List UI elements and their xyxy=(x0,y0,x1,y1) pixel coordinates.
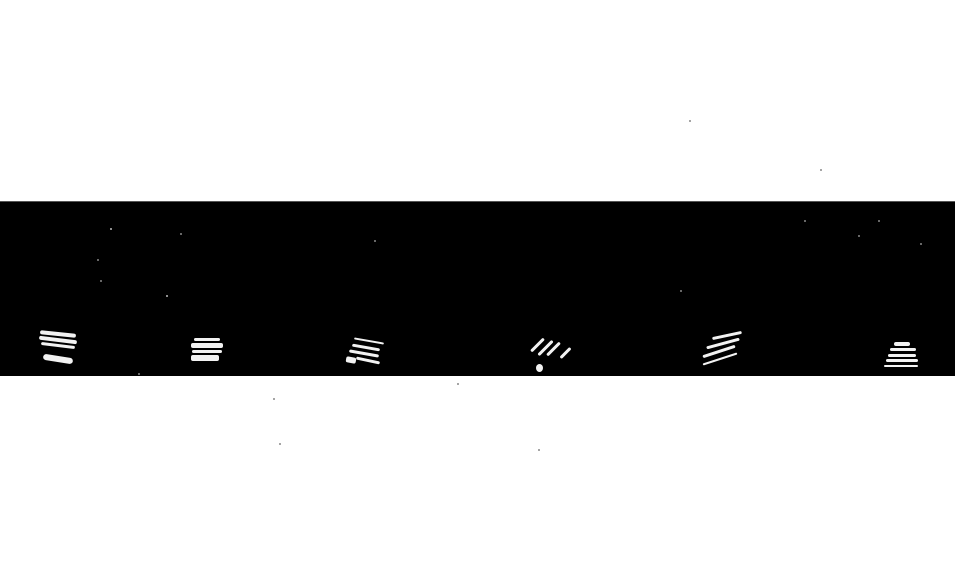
speck xyxy=(279,443,281,445)
black-band xyxy=(0,201,955,376)
speck xyxy=(138,373,140,375)
speck xyxy=(166,295,168,297)
speck xyxy=(457,383,459,385)
speck xyxy=(538,449,540,451)
speck xyxy=(680,290,682,292)
speck xyxy=(100,280,102,282)
speck xyxy=(804,220,806,222)
speck xyxy=(689,120,691,122)
white-mark-6 xyxy=(884,342,920,372)
speck xyxy=(920,243,922,245)
speck xyxy=(878,220,880,222)
speck xyxy=(858,235,860,237)
white-mark-3 xyxy=(346,340,386,370)
speck xyxy=(97,259,99,261)
speck xyxy=(374,240,376,242)
speck xyxy=(820,169,822,171)
white-mark-5 xyxy=(700,334,744,372)
speck xyxy=(180,233,182,235)
white-mark-4 xyxy=(530,332,578,374)
white-mark-2 xyxy=(190,338,226,366)
white-mark-1 xyxy=(38,330,80,370)
speck xyxy=(273,398,275,400)
speck xyxy=(110,228,112,230)
